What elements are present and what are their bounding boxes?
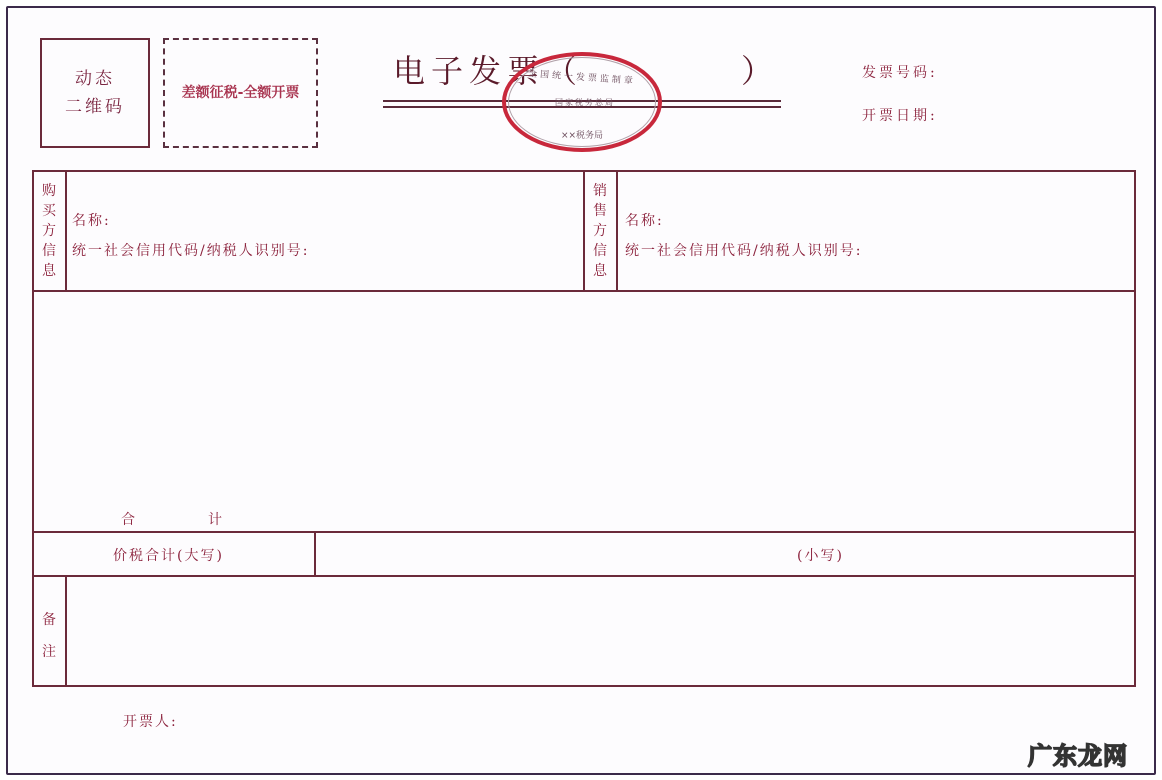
tax-mode-label: 差额征税-全额开票 [182,83,300,103]
buyer-label-char: 方 [34,221,64,241]
seller-label-char: 销 [585,181,615,201]
buyer-label-char: 信 [34,241,64,261]
remarks-section-label: 备 注 [34,604,64,668]
buyer-section-label: 购 买 方 信 息 [34,181,64,281]
total-row-bottom [32,575,1136,577]
remarks-label-char: 备 [34,604,64,636]
remarks-label-char: 注 [34,636,64,668]
total-in-figures-label: (小写) [797,545,844,565]
sum-label-he: 合 [121,509,137,529]
buyer-name-label: 名称: [72,210,111,230]
invoice-title-close: ） [741,46,779,92]
items-row-bottom [32,531,1136,533]
issue-date-label: 开票日期: [862,105,938,125]
buyer-label-char: 买 [34,201,64,221]
dynamic-qr-code-placeholder: 动态 二维码 [40,38,150,148]
buyer-label-char: 购 [34,181,64,201]
seller-label-divider [616,170,618,292]
total-in-words-label: 价税合计(大写) [113,545,224,565]
buyer-label-char: 息 [34,261,64,281]
party-row-bottom [32,290,1136,292]
site-watermark: 广东龙网 [1028,736,1128,771]
remarks-label-divider [65,575,67,687]
total-divider [314,531,316,577]
stamp-middle-text: 国家税务总局 [540,97,630,108]
seller-label-char: 方 [585,221,615,241]
seller-name-label: 名称: [625,210,664,230]
issuer-label: 开票人: [123,711,178,731]
seller-label-char: 息 [585,261,615,281]
seller-label-char: 售 [585,201,615,221]
seller-label-char: 信 [585,241,615,261]
tax-mode-box: 差额征税-全额开票 [163,38,318,148]
sum-label-ji: 计 [208,509,224,529]
qr-label-line-1: 动态 [75,65,115,93]
seller-section-label: 销 售 方 信 息 [585,181,615,281]
qr-label-line-2: 二维码 [65,93,125,121]
buyer-tax-id-label: 统一社会信用代码/纳税人识别号: [72,240,309,260]
seller-tax-id-label: 统一社会信用代码/纳税人识别号: [625,240,862,260]
table-right-border [1134,170,1136,687]
buyer-label-divider [65,170,67,292]
table-bottom-border [32,685,1136,687]
invoice-number-label: 发票号码: [862,62,938,82]
stamp-bottom-text: ××税务局 [552,128,612,141]
